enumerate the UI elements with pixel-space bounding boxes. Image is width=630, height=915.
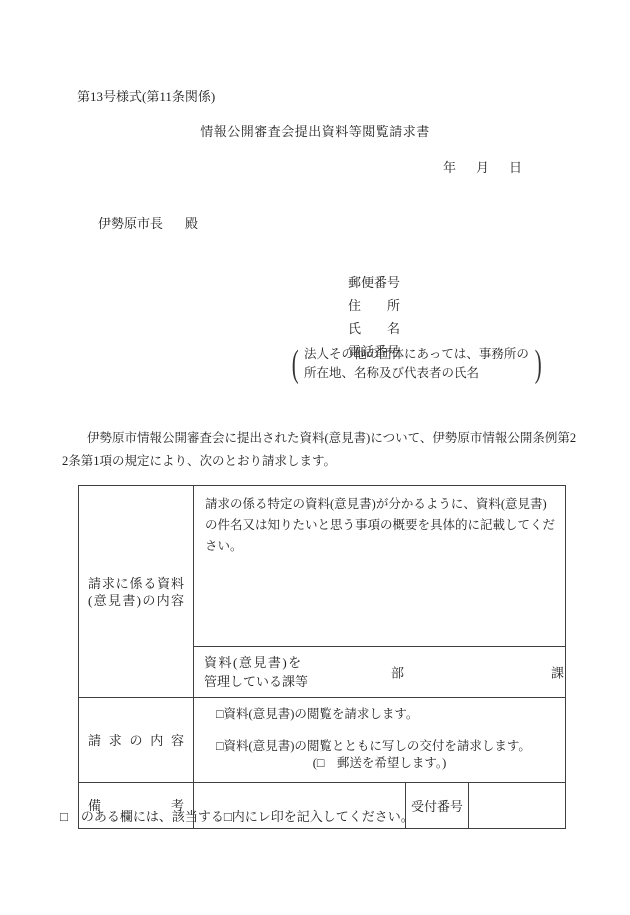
materials-label-line1: 請求に係る資料 [88, 575, 184, 592]
document-title: 情報公開審査会提出資料等閲覧請求書 [0, 121, 630, 140]
managing-section-line2: 管理している課等 [204, 672, 555, 691]
document-page: 第13号様式(第11条関係) 情報公開審査会提出資料等閲覧請求書 年 月 日 伊… [0, 0, 630, 915]
corporation-note-text: 法人その他の団体にあっては、事務所の 所在地、名称及び代表者の氏名 [304, 345, 529, 383]
managing-section-line1: 資料(意見書)を [204, 653, 555, 672]
intro-line2: 2条第1項の規定により、次のとおり請求します。 [62, 450, 576, 473]
request-content-row: 請求の内容 □資料(意見書)の閲覧を請求します。 □資料(意見書)の閲覧とともに… [79, 698, 566, 783]
request-form-table: 請求に係る資料 (意見書)の内容 請求の係る特定の資料(意見書)が分かるように、… [78, 485, 566, 829]
instruction-line3: さい。 [205, 536, 555, 557]
date-line: 年 月 日 [443, 157, 522, 176]
request-label: 請求の内容 [88, 732, 184, 749]
addressee-honorific: 殿 [185, 216, 198, 231]
receipt-number-value-cell [469, 783, 566, 829]
materials-label-cell: 請求に係る資料 (意見書)の内容 [79, 486, 194, 698]
month-label: 月 [476, 157, 489, 176]
intro-line1: 伊勢原市情報公開審査会に提出された資料(意見書)について、伊勢原市情報公開条例第… [62, 427, 576, 450]
managing-section-cell: 資料(意見書)を 管理している課等 部 課 [194, 647, 566, 698]
address-label: 住 所 [348, 294, 400, 317]
postal-code-label: 郵便番号 [348, 271, 400, 294]
receipt-number-label: 受付番号 [411, 799, 463, 814]
section-suffix: 課 [551, 663, 564, 682]
request-option-mail: (□ 郵送を希望します。) [194, 755, 565, 771]
intro-paragraph: 伊勢原市情報公開審査会に提出された資料(意見書)について、伊勢原市情報公開条例第… [62, 427, 576, 473]
instruction-line1: 請求の係る特定の資料(意見書)が分かるように、資料(意見書) [205, 494, 555, 515]
corporation-note: ( 法人その他の団体にあっては、事務所の 所在地、名称及び代表者の氏名 ) [289, 341, 544, 387]
year-label: 年 [443, 157, 456, 176]
open-paren-glyph: ( [292, 341, 299, 387]
name-label: 氏 名 [348, 317, 400, 340]
department-suffix: 部 [391, 663, 404, 682]
corporation-note-line2: 所在地、名称及び代表者の氏名 [304, 364, 529, 383]
request-options-cell: □資料(意見書)の閲覧を請求します。 □資料(意見書)の閲覧とともに写しの交付を… [194, 698, 566, 783]
close-paren-glyph: ) [535, 341, 542, 387]
request-option-copy: □資料(意見書)の閲覧とともに写しの交付を請求します。 [194, 739, 565, 754]
day-label: 日 [509, 157, 522, 176]
addressee-name: 伊勢原市長 [98, 216, 163, 231]
materials-label-line2: (意見書)の内容 [88, 592, 184, 609]
request-option-inspection: □資料(意見書)の閲覧を請求します。 [194, 707, 565, 722]
receipt-number-label-cell: 受付番号 [406, 783, 469, 829]
addressee-line: 伊勢原市長殿 [98, 213, 198, 232]
checkbox-footnote: □ のある欄には、該当する□内にレ印を記入してください。 [60, 806, 414, 825]
materials-row: 請求に係る資料 (意見書)の内容 請求の係る特定の資料(意見書)が分かるように、… [79, 486, 566, 647]
request-label-cell: 請求の内容 [79, 698, 194, 783]
instruction-line2: の件名又は知りたいと思う事項の概要を具体的に記載してくだ [205, 515, 555, 536]
form-number: 第13号様式(第11条関係) [77, 86, 215, 105]
materials-content-cell: 請求の係る特定の資料(意見書)が分かるように、資料(意見書) の件名又は知りたい… [194, 486, 566, 647]
corporation-note-line1: 法人その他の団体にあっては、事務所の [304, 345, 529, 364]
